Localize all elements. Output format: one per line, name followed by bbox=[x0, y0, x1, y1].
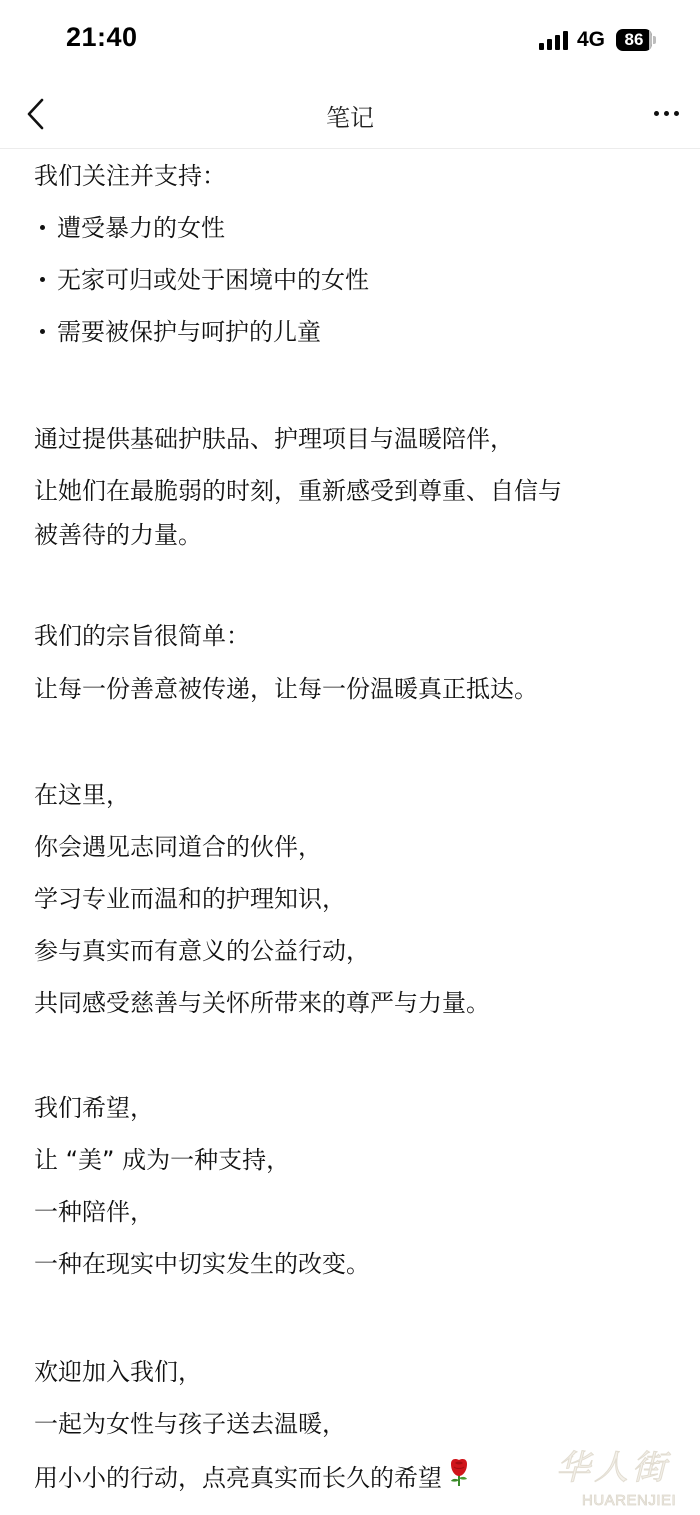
intro-text: 我们关注并支持： bbox=[34, 160, 226, 192]
rose-icon bbox=[448, 1457, 470, 1495]
paragraph-line: 一种在现实中切实发生的改变。 bbox=[34, 1248, 370, 1280]
paragraph-line: 参与真实而有意义的公益行动， bbox=[34, 935, 370, 967]
navigation-bar: 笔记 bbox=[0, 80, 700, 149]
more-horizontal-icon bbox=[674, 111, 679, 116]
paragraph-line: 共同感受慈善与关怀所带来的尊严与力量。 bbox=[34, 987, 490, 1019]
paragraph-line: 通过提供基础护肤品、护理项目与温暖陪伴， bbox=[34, 423, 514, 455]
network-type: 4G bbox=[577, 28, 605, 52]
paragraph-line: 被善待的力量。 bbox=[34, 519, 202, 551]
status-time: 21:40 bbox=[66, 22, 138, 53]
signal-bars-icon bbox=[539, 31, 568, 50]
paragraph-line: 让每一份善意被传递，让每一份温暖真正抵达。 bbox=[34, 673, 538, 705]
bullet-item: 无家可归或处于困境中的女性 bbox=[40, 264, 369, 296]
paragraph-line: 我们希望， bbox=[34, 1092, 154, 1124]
paragraph-line: 欢迎加入我们， bbox=[34, 1356, 202, 1388]
paragraph-line: 一起为女性与孩子送去温暖， bbox=[34, 1408, 346, 1440]
bullet-icon bbox=[40, 277, 45, 282]
paragraph-line: 你会遇见志同道合的伙伴， bbox=[34, 831, 322, 863]
more-horizontal-icon bbox=[654, 111, 659, 116]
paragraph-line: 让她们在最脆弱的时刻，重新感受到尊重、自信与 bbox=[34, 475, 562, 507]
bullet-icon bbox=[40, 225, 45, 230]
page-title: 笔记 bbox=[0, 98, 700, 133]
battery-level: 86 bbox=[616, 29, 652, 51]
status-bar: 21:40 4G 86 bbox=[0, 0, 700, 80]
more-horizontal-icon bbox=[664, 111, 669, 116]
more-options-button[interactable] bbox=[646, 98, 686, 128]
battery-tip bbox=[653, 36, 656, 44]
bullet-item: 需要被保护与呵护的儿童 bbox=[40, 316, 321, 348]
paragraph-line: 学习专业而温和的护理知识， bbox=[34, 883, 346, 915]
watermark-en: HUARENJIEI bbox=[582, 1492, 676, 1509]
paragraph-line: 在这里， bbox=[34, 779, 130, 811]
battery-icon: 86 bbox=[616, 29, 656, 51]
paragraph-line: 让 “美” 成为一种支持， bbox=[34, 1144, 290, 1176]
paragraph-line-with-emoji: 用小小的行动，点亮真实而长久的希望 bbox=[34, 1460, 470, 1498]
watermark-cn: 华人街 bbox=[556, 1440, 670, 1489]
bullet-item: 遭受暴力的女性 bbox=[40, 212, 225, 244]
status-indicators: 4G 86 bbox=[539, 28, 656, 52]
watermark-logo: 华人街 HUARENJIEI bbox=[552, 1440, 697, 1512]
bullet-icon bbox=[40, 329, 45, 334]
paragraph-line: 一种陪伴， bbox=[34, 1196, 154, 1228]
paragraph-line: 我们的宗旨很简单： bbox=[34, 620, 250, 652]
